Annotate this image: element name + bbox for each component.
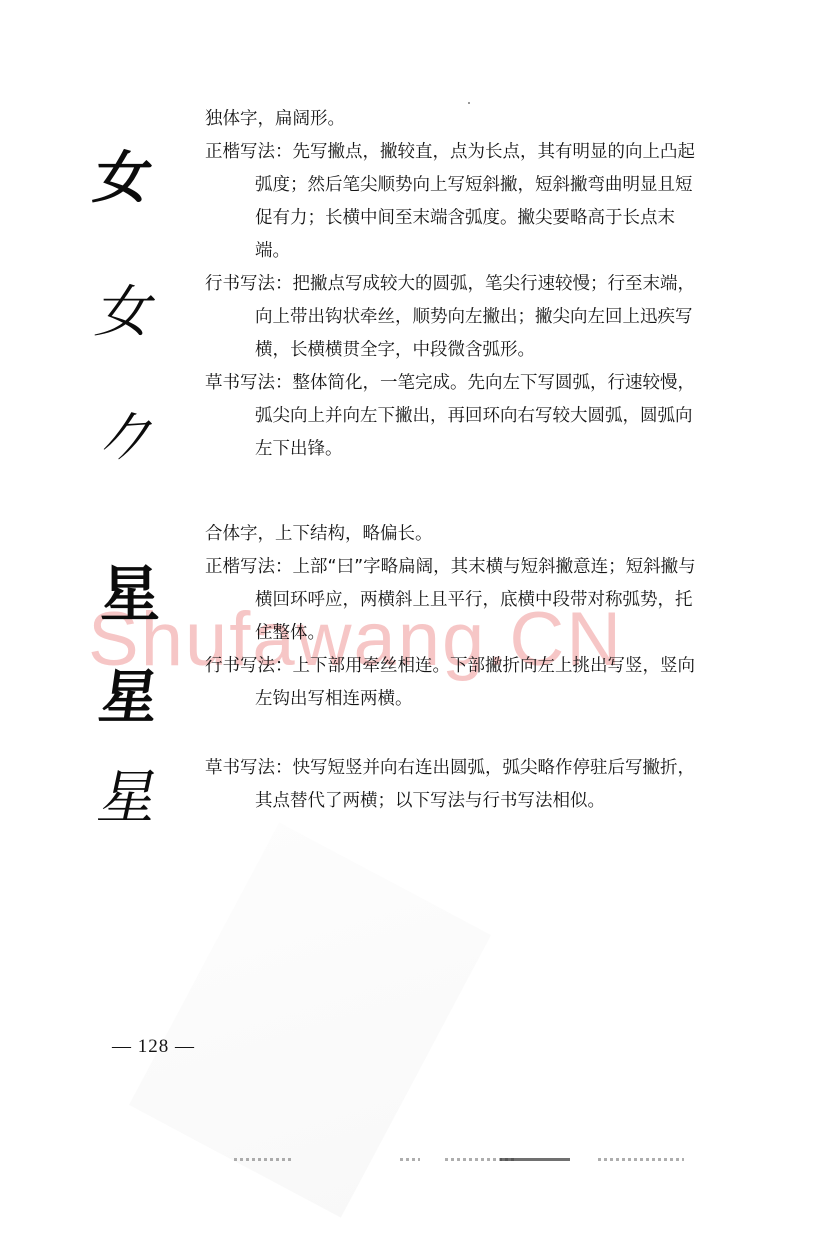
section-xing: 合体字，上下结构，略偏长。 正楷写法：上部“曰”字略扁阔，其末横与短斜撇意连；短…: [205, 518, 705, 716]
entry-label: 草书写法：: [205, 758, 293, 778]
glyph-nu-cursive: 𠂊: [92, 408, 163, 468]
scan-artifact: [500, 1158, 570, 1161]
scan-artifact: [234, 1158, 294, 1161]
scan-artifact: [400, 1158, 420, 1161]
entry-text: 快写短竖并向右连出圆弧，弧尖略作停驻后写撇折，其点替代了两横；以下写法与行书写法…: [255, 758, 695, 811]
entry-running-script: 行书写法：把撇点写成较大的圆弧，笔尖行速较慢；行至末端，向上带出钩状牵丝，顺势向…: [205, 268, 705, 367]
section-intro: 独体字，扁阔形。: [205, 103, 705, 136]
book-page: Shufawang.CN 女 女 𠂊 星 星 星 独体字，扁阔形。 正楷写法：先…: [0, 0, 816, 1235]
scan-artifact: [598, 1158, 684, 1161]
entry-text: 先写撇点，撇较直，点为长点，其有明显的向上凸起弧度；然后笔尖顺势向上写短斜撇，短…: [255, 142, 695, 261]
page-number: — 128 —: [112, 1036, 195, 1058]
entry-text: 整体简化，一笔完成。先向左下写圆弧，行速较慢，弧尖向上并向左下撇出，再回环向右写…: [255, 373, 695, 459]
entry-regular-script: 正楷写法：先写撇点，撇较直，点为长点，其有明显的向上凸起弧度；然后笔尖顺势向上写…: [205, 136, 705, 268]
entry-label: 草书写法：: [205, 373, 293, 393]
glyph-nu-running: 女: [91, 285, 161, 341]
entry-label: 正楷写法：: [205, 142, 293, 162]
entry-text: 上下部用牵丝相连。下部撇折向左上挑出写竖，竖向左钩出写相连两横。: [255, 656, 695, 709]
faint-background-stamp: [129, 822, 491, 1217]
section-intro: 合体字，上下结构，略偏长。: [205, 518, 705, 551]
section-nu: 独体字，扁阔形。 正楷写法：先写撇点，撇较直，点为长点，其有明显的向上凸起弧度；…: [205, 103, 705, 466]
entry-cursive-script: 草书写法：整体简化，一笔完成。先向左下写圆弧，行速较慢，弧尖向上并向左下撇出，再…: [205, 367, 705, 466]
entry-text: 把撇点写成较大的圆弧，笔尖行速较慢；行至末端，向上带出钩状牵丝，顺势向左撇出；撇…: [255, 274, 695, 360]
entry-label: 正楷写法：: [205, 557, 293, 577]
entry-label: 行书写法：: [205, 656, 293, 676]
entry-regular-script: 正楷写法：上部“曰”字略扁阔，其末横与短斜撇意连；短斜撇与横回环呼应，两横斜上且…: [205, 551, 705, 650]
entry-cursive-script: 草书写法：快写短竖并向右连出圆弧，弧尖略作停驻后写撇折，其点替代了两横；以下写法…: [205, 752, 705, 818]
glyph-nu-regular: 女: [90, 150, 156, 206]
glyph-xing-running: 星: [96, 668, 162, 726]
entry-text: 上部“曰”字略扁阔，其末横与短斜撇意连；短斜撇与横回环呼应，两横斜上且平行，底横…: [255, 557, 696, 643]
section-xing-cursive: 草书写法：快写短竖并向右连出圆弧，弧尖略作停驻后写撇折，其点替代了两横；以下写法…: [205, 752, 705, 818]
entry-label: 行书写法：: [205, 274, 293, 294]
entry-running-script: 行书写法：上下部用牵丝相连。下部撇折向左上挑出写竖，竖向左钩出写相连两横。: [205, 650, 705, 716]
glyph-xing-cursive: 星: [94, 768, 164, 826]
glyph-xing-regular: 星: [100, 565, 160, 625]
